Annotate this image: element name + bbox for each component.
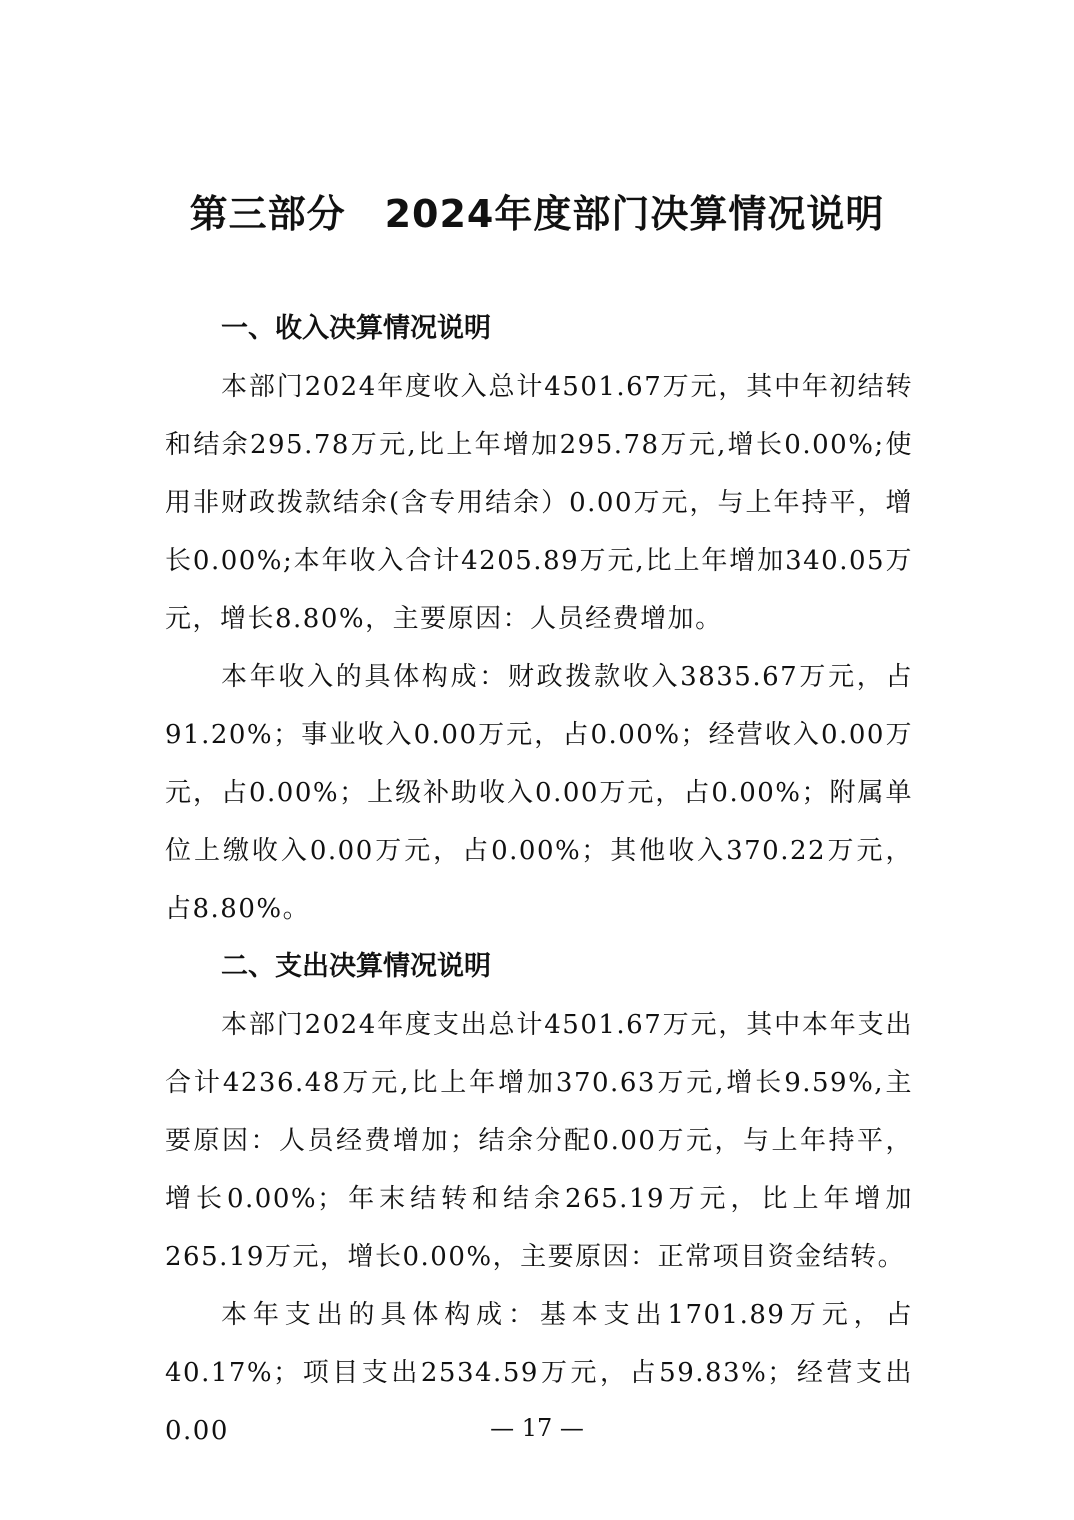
section-expenditure: 二、支出决算情况说明 本部门2024年度支出总计4501.67万元，其中本年支出… [165,938,913,1460]
page-title: 第三部分 2024年度部门决算情况说明 [0,188,1074,240]
income-summary-paragraph: 本部门2024年度收入总计4501.67万元，其中年初结转和结余295.78万元… [165,358,913,648]
expenditure-summary-paragraph: 本部门2024年度支出总计4501.67万元，其中本年支出合计4236.48万元… [165,996,913,1286]
page-number: — 17 — [0,1410,1074,1446]
section-heading-expenditure: 二、支出决算情况说明 [221,938,913,996]
income-composition-paragraph: 本年收入的具体构成：财政拨款收入3835.67万元，占91.20%；事业收入0.… [165,648,913,938]
section-income: 一、收入决算情况说明 本部门2024年度收入总计4501.67万元，其中年初结转… [165,300,913,938]
section-heading-income: 一、收入决算情况说明 [221,300,913,358]
document-body: 一、收入决算情况说明 本部门2024年度收入总计4501.67万元，其中年初结转… [165,300,913,1460]
